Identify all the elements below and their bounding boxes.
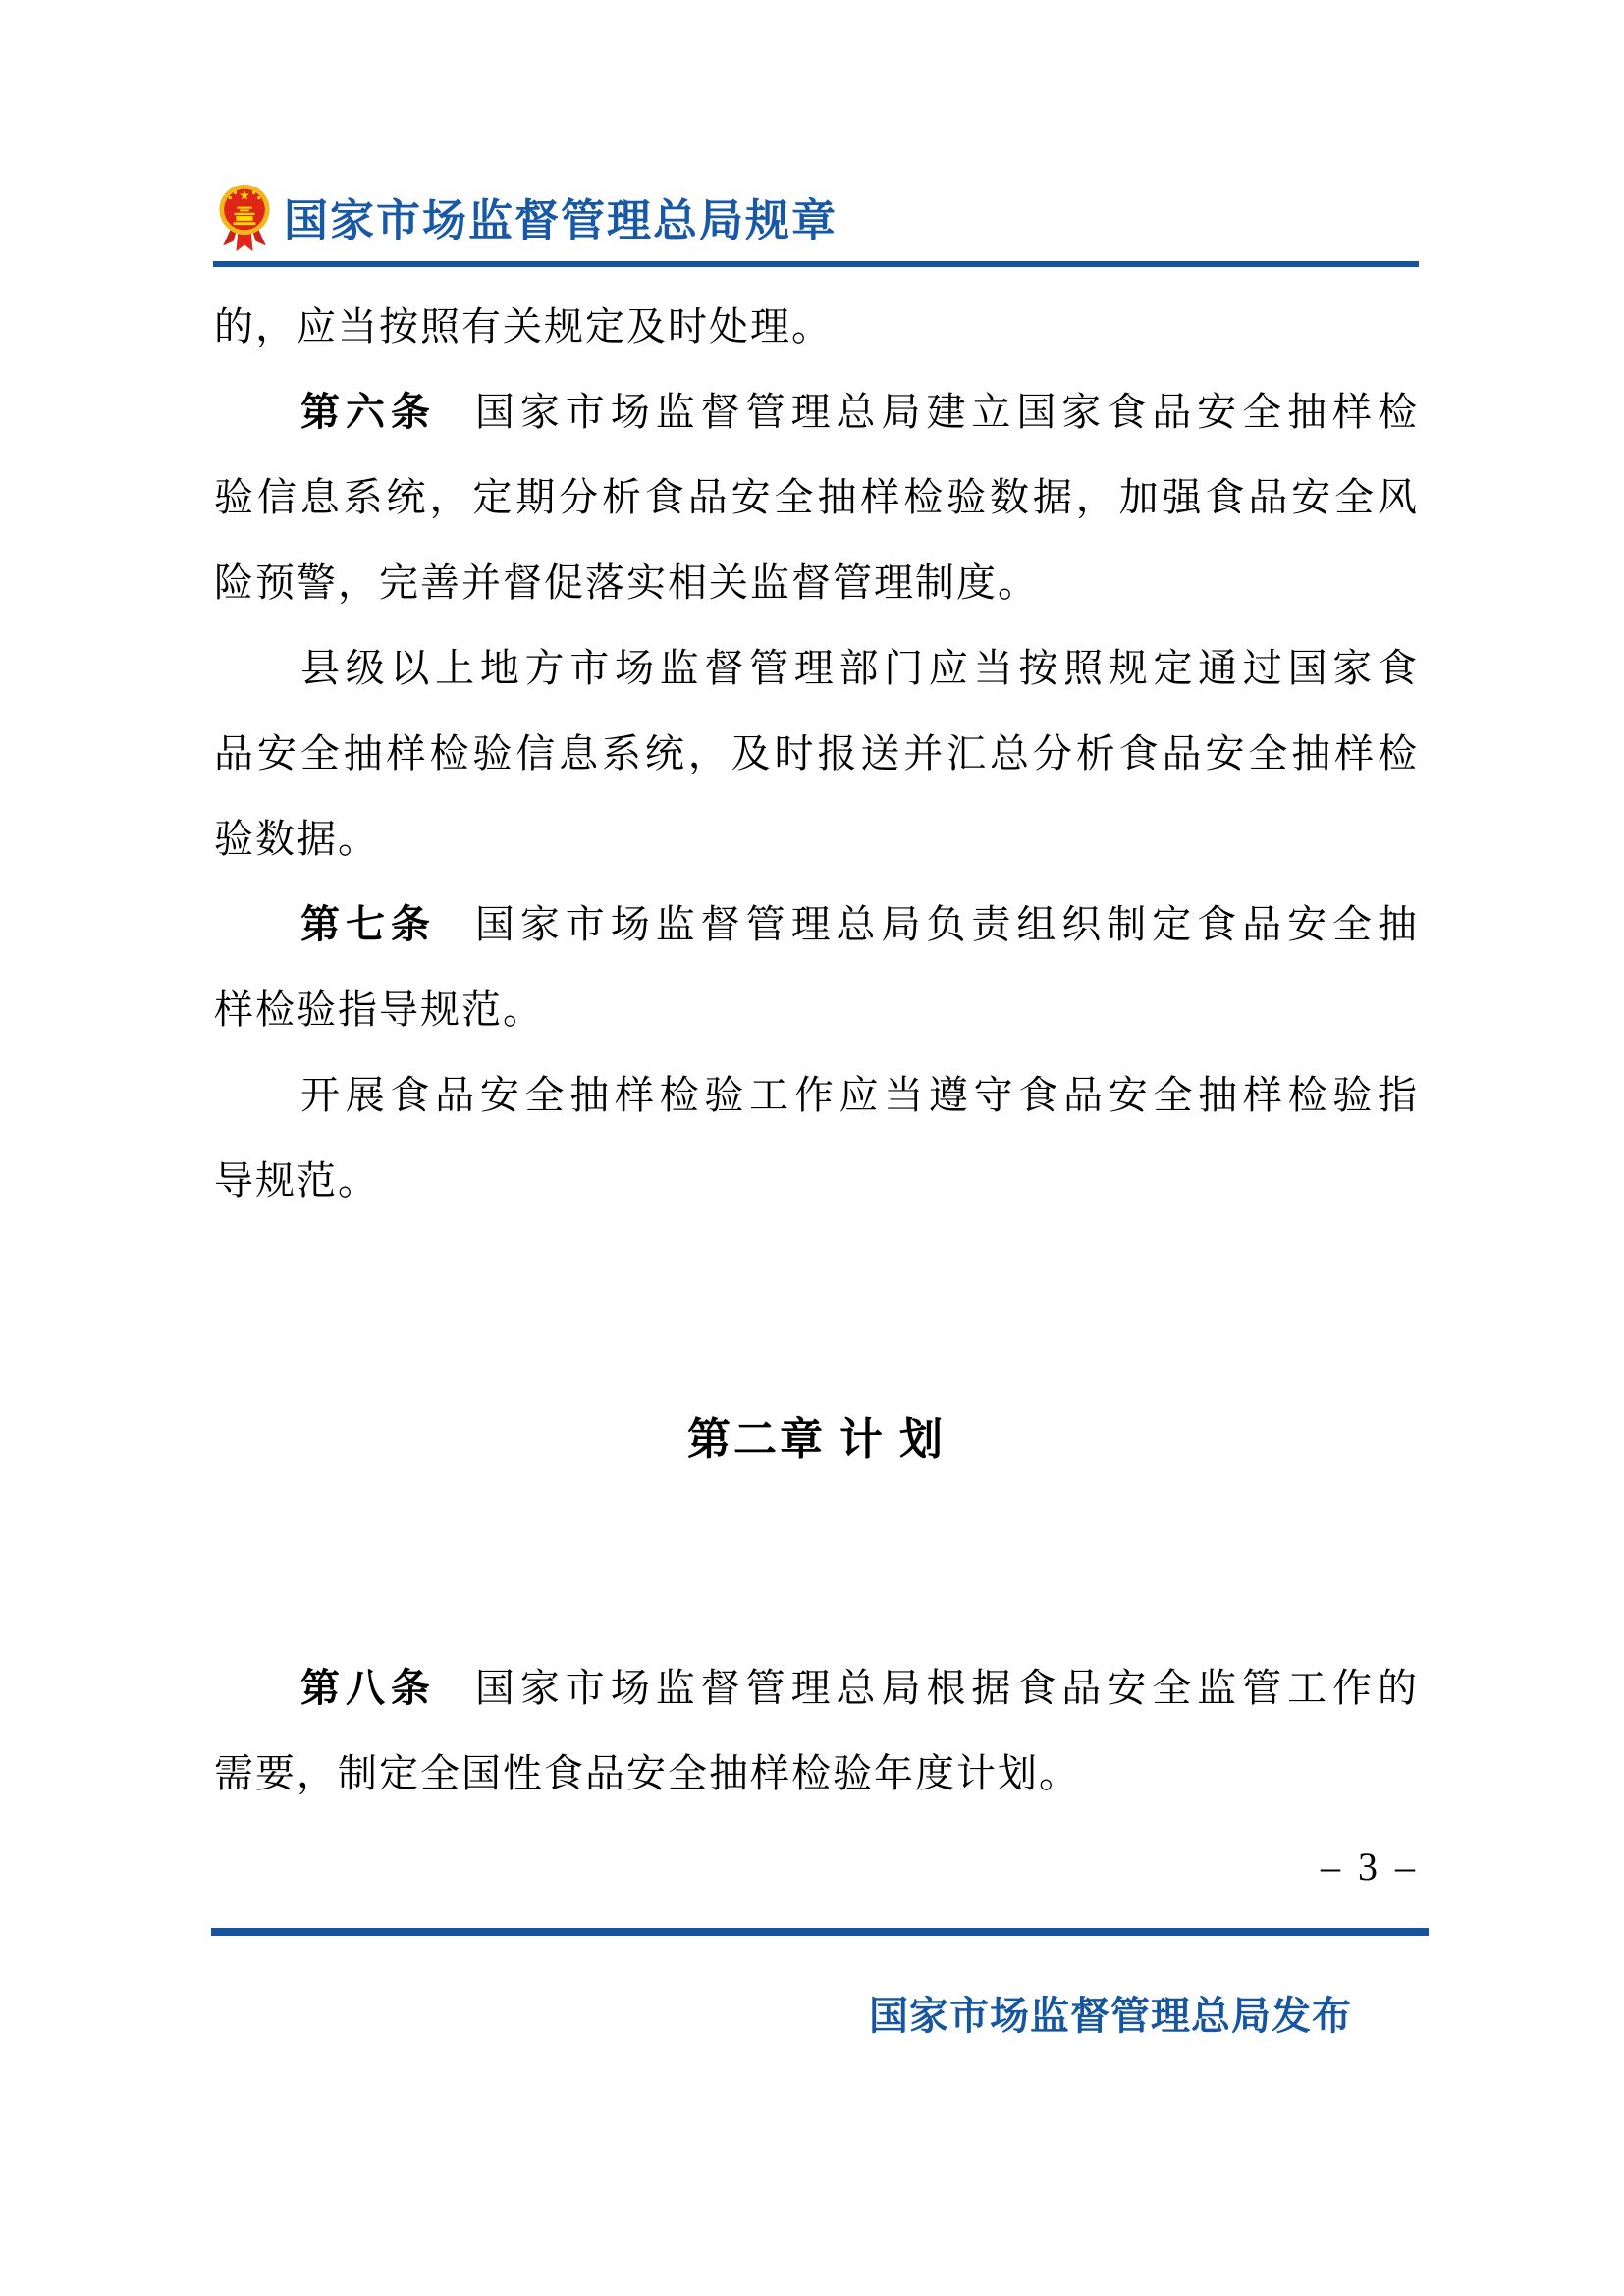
body-line: 验信息系统，定期分析食品安全抽样检验数据，加强食品安全风 — [214, 454, 1419, 540]
national-emblem-icon — [216, 183, 273, 253]
document-page: 国家市场监督管理总局规章 的，应当按照有关规定及时处理。第六条国家市场监督管理总… — [0, 0, 1624, 2296]
line-text: 开展食品安全抽样检验工作应当遵守食品安全抽样检验指 — [300, 1073, 1419, 1117]
article-number: 第六条 — [300, 390, 436, 434]
bottom-rule — [211, 1928, 1429, 1936]
body-line: 险预警，完善并督促落实相关监督管理制度。 — [214, 540, 1419, 625]
publisher-footer: 国家市场监督管理总局发布 — [869, 1985, 1352, 2041]
line-text: 导规范。 — [214, 1158, 379, 1202]
body-line: 开展食品安全抽样检验工作应当遵守食品安全抽样检验指 — [214, 1052, 1419, 1138]
article-number: 第八条 — [300, 1666, 436, 1710]
document-body: 的，应当按照有关规定及时处理。第六条国家市场监督管理总局建立国家食品安全抽样检验… — [214, 284, 1419, 1223]
page-title: 国家市场监督管理总局规章 — [284, 185, 838, 248]
chapter-heading: 第二章 计 划 — [214, 1411, 1419, 1469]
article-number: 第七条 — [300, 902, 436, 946]
body-line: 第六条国家市场监督管理总局建立国家食品安全抽样检 — [214, 369, 1419, 454]
body-line: 第八条国家市场监督管理总局根据食品安全监管工作的 — [214, 1645, 1419, 1731]
body-line: 品安全抽样检验信息系统，及时报送并汇总分析食品安全抽样检 — [214, 711, 1419, 796]
line-text: 品安全抽样检验信息系统，及时报送并汇总分析食品安全抽样检 — [214, 731, 1419, 775]
body-line: 的，应当按照有关规定及时处理。 — [214, 284, 1419, 369]
page-number: – 3 – — [1321, 1843, 1419, 1890]
line-text: 的，应当按照有关规定及时处理。 — [214, 304, 833, 348]
body-line: 样检验指导规范。 — [214, 967, 1419, 1052]
line-text: 验信息系统，定期分析食品安全抽样检验数据，加强食品安全风 — [214, 475, 1419, 519]
line-text: 国家市场监督管理总局建立国家食品安全抽样检 — [475, 390, 1419, 434]
line-text: 样检验指导规范。 — [214, 988, 544, 1032]
section-two-body: 第八条国家市场监督管理总局根据食品安全监管工作的需要，制定全国性食品安全抽样检验… — [214, 1645, 1419, 1816]
line-text: 险预警，完善并督促落实相关监督管理制度。 — [214, 561, 1039, 605]
line-text: 县级以上地方市场监督管理部门应当按照规定通过国家食 — [300, 646, 1419, 690]
header-rule — [213, 261, 1419, 267]
line-text: 需要，制定全国性食品安全抽样检验年度计划。 — [214, 1751, 1080, 1795]
line-text: 国家市场监督管理总局根据食品安全监管工作的 — [475, 1666, 1419, 1710]
line-text: 国家市场监督管理总局负责组织制定食品安全抽 — [475, 902, 1419, 946]
body-line: 县级以上地方市场监督管理部门应当按照规定通过国家食 — [214, 625, 1419, 711]
body-line: 需要，制定全国性食品安全抽样检验年度计划。 — [214, 1731, 1419, 1816]
line-text: 验数据。 — [214, 817, 379, 861]
body-line: 验数据。 — [214, 796, 1419, 881]
body-line: 导规范。 — [214, 1138, 1419, 1223]
body-line: 第七条国家市场监督管理总局负责组织制定食品安全抽 — [214, 881, 1419, 967]
